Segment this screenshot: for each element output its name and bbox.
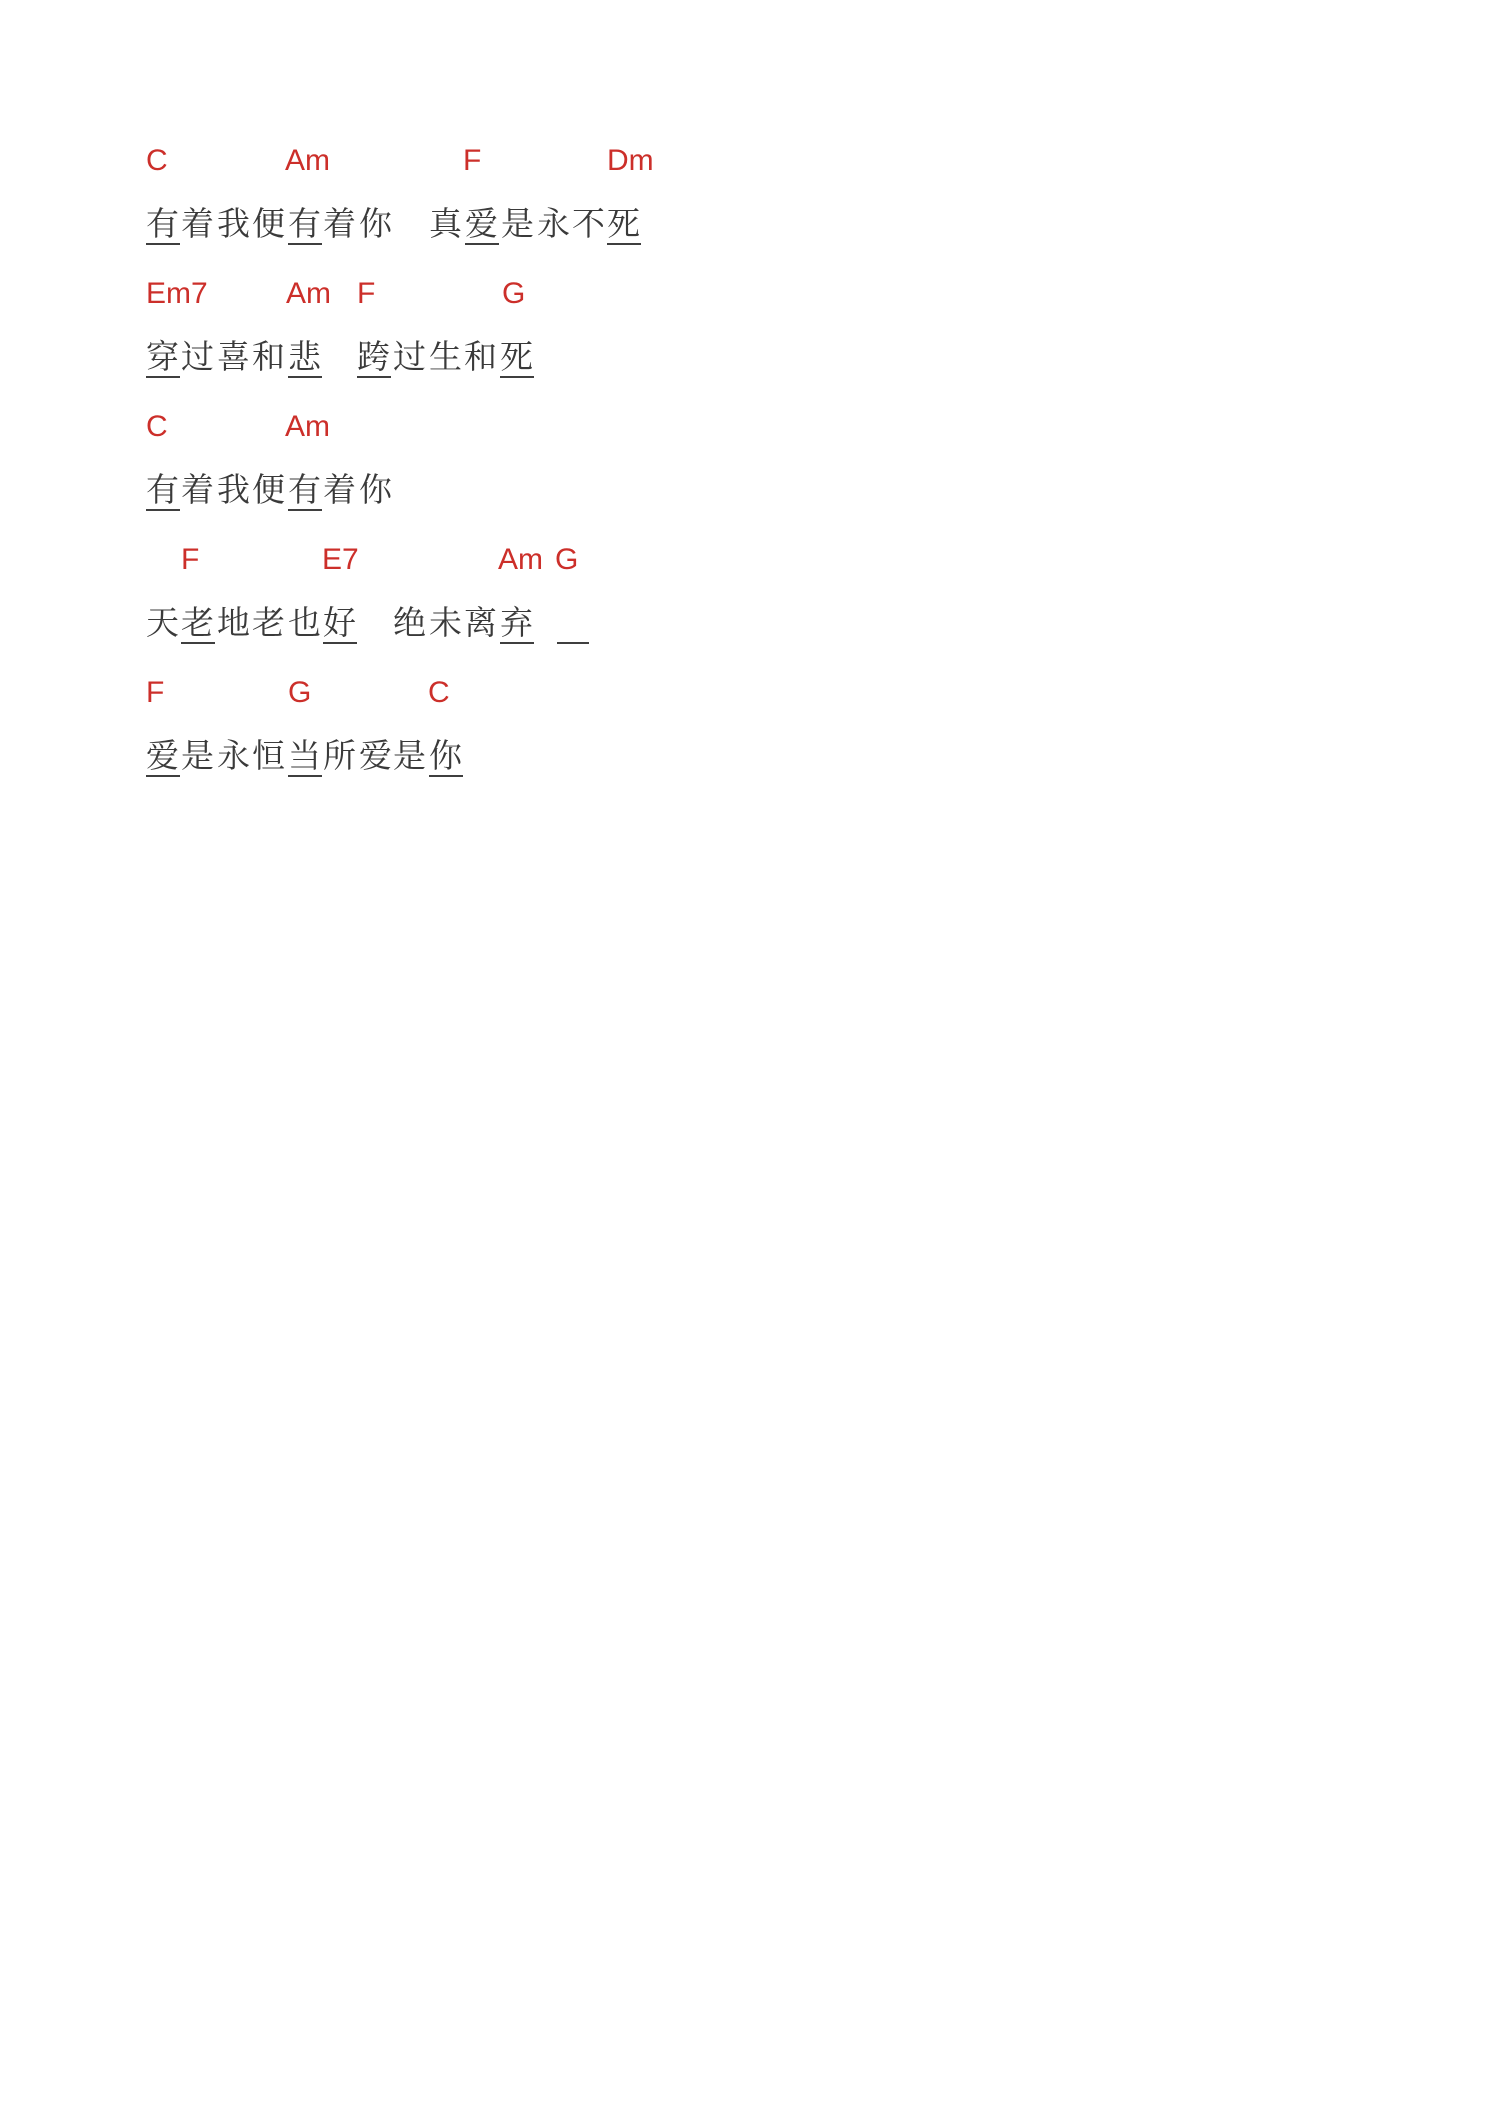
chord-label: F <box>463 146 481 176</box>
blank-underline <box>557 642 589 644</box>
chord-label: C <box>146 412 168 442</box>
lyric-char: 是 <box>181 738 217 778</box>
lyric-char-underlined: 好 <box>323 605 359 645</box>
lyric-char-underlined: 有 <box>288 472 324 512</box>
lyric-char: 着 <box>181 206 217 246</box>
lyric-char-underlined: 跨 <box>357 339 393 379</box>
lyric-char-underlined: 弃 <box>500 605 536 645</box>
lyric-char: 恒 <box>252 738 288 778</box>
lyric-char: 你 <box>359 472 395 512</box>
lyric-char-underlined: 有 <box>288 206 324 246</box>
lyric-char-underlined: 有 <box>146 206 182 246</box>
chord-label: F <box>181 545 199 575</box>
lyric-char: 不 <box>572 206 608 246</box>
lyric-char-underlined: 悲 <box>288 339 324 379</box>
lyric-char-underlined: 老 <box>181 605 217 645</box>
lyric-char: 真 <box>429 206 465 246</box>
lyric-char-underlined: 死 <box>500 339 536 379</box>
lyric-char: 是 <box>501 206 537 246</box>
lyric-char: 喜 <box>217 339 253 379</box>
chord-label: Am <box>498 545 543 575</box>
chord-label: Am <box>285 146 330 176</box>
lyric-char: 和 <box>252 339 288 379</box>
chord-label: Am <box>286 279 331 309</box>
lyric-char-underlined: 当 <box>288 738 324 778</box>
chord-label: Dm <box>607 146 654 176</box>
chord-label: C <box>146 146 168 176</box>
lyric-char: 未 <box>429 605 465 645</box>
lyric-char: 我 <box>217 206 253 246</box>
lyric-char: 地 <box>217 605 253 645</box>
chord-label: G <box>288 678 311 708</box>
lyric-char: 我 <box>217 472 253 512</box>
chord-label: C <box>428 678 450 708</box>
lyric-char: 便 <box>252 472 288 512</box>
chord-label: F <box>146 678 164 708</box>
lyric-char: 天 <box>146 605 182 645</box>
lyric-char: 过 <box>393 339 429 379</box>
chord-label: G <box>555 545 578 575</box>
lyric-char: 绝 <box>393 605 429 645</box>
lyric-char: 所 <box>323 738 359 778</box>
chord-label: Am <box>285 412 330 442</box>
lyric-char: 离 <box>464 605 500 645</box>
chord-label: E7 <box>322 545 359 575</box>
chord-label: Em7 <box>146 279 208 309</box>
lyric-char: 过 <box>181 339 217 379</box>
lyric-char: 永 <box>537 206 573 246</box>
lyric-char: 便 <box>252 206 288 246</box>
lyric-char: 着 <box>323 472 359 512</box>
lyric-char-underlined: 爱 <box>465 206 501 246</box>
lyric-char: 和 <box>464 339 500 379</box>
lyric-char-underlined: 穿 <box>146 339 182 379</box>
lyric-char: 生 <box>429 339 465 379</box>
lyric-char-underlined: 爱 <box>146 738 182 778</box>
lyric-char: 是 <box>393 738 429 778</box>
chord-sheet-page: CAmFDm有着我便有着你真爱是永不死Em7AmFG穿过喜和悲跨过生和死CAm有… <box>0 0 1500 2121</box>
lyric-char: 爱 <box>359 738 395 778</box>
lyric-char: 着 <box>323 206 359 246</box>
lyric-char-underlined: 死 <box>607 206 643 246</box>
chord-label: F <box>357 279 375 309</box>
chord-label: G <box>502 279 525 309</box>
lyric-char: 你 <box>359 206 395 246</box>
lyric-char-underlined: 有 <box>146 472 182 512</box>
lyric-char: 着 <box>181 472 217 512</box>
lyric-char: 老 <box>252 605 288 645</box>
lyric-char-underlined: 你 <box>429 738 465 778</box>
lyric-char: 永 <box>217 738 253 778</box>
lyric-char: 也 <box>288 605 324 645</box>
